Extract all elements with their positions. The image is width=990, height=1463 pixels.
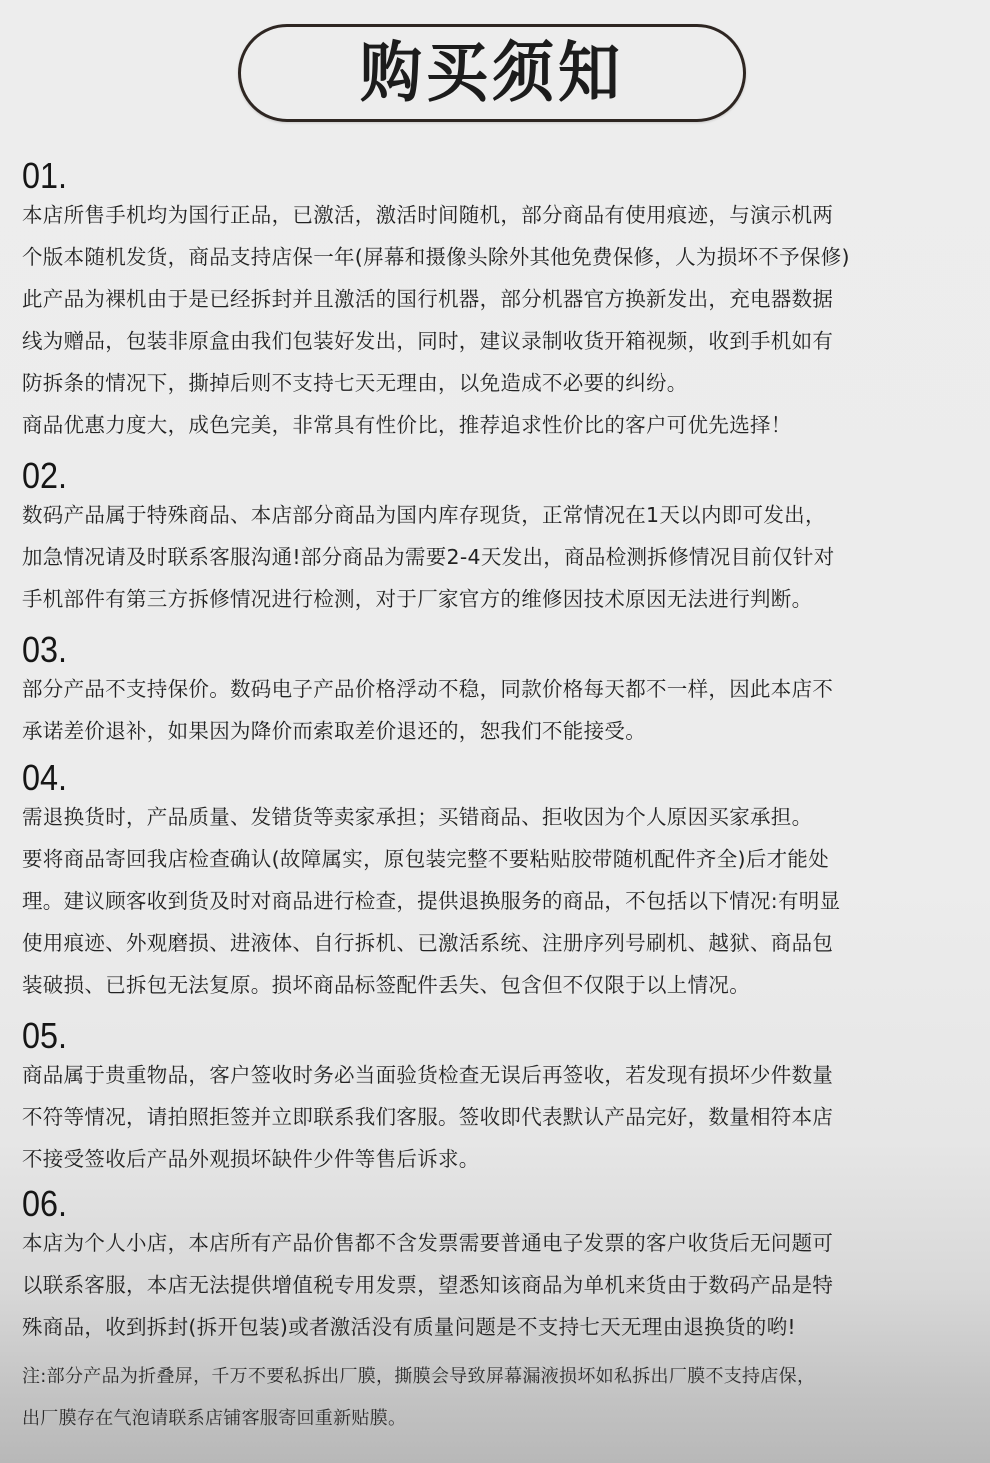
footnote: 注:部分产品为折叠屏，千万不要私拆出厂膜，撕膜会导致屏幕漏液损坏如私拆出厂膜不支… — [22, 1356, 972, 1440]
section-number: 05. — [22, 1018, 877, 1054]
section-text-line: 数码产品属于特殊商品、本店部分商品为国内库存现货，正常情况在1天以内即可发出， — [22, 494, 972, 536]
section-text-line: 要将商品寄回我店检查确认(故障属实，原包装完整不要粘贴胶带随机配件齐全)后才能处 — [22, 838, 972, 880]
section-text-line: 不符等情况，请拍照拒签并立即联系我们客服。签收即代表默认产品完好，数量相符本店 — [22, 1096, 972, 1138]
section-text-line: 部分产品不支持保价。数码电子产品价格浮动不稳，同款价格每天都不一样，因此本店不 — [22, 668, 972, 710]
notice-section-06: 06. 本店为个人小店，本店所有产品价售都不含发票需要普通电子发票的客户收货后无… — [22, 1186, 972, 1348]
footnote-line: 出厂膜存在气泡请联系店铺客服寄回重新贴膜。 — [22, 1398, 972, 1440]
section-text-line: 手机部件有第三方拆修情况进行检测，对于厂家官方的维修因技术原因无法进行判断。 — [22, 578, 972, 620]
section-text-line: 理。建议顾客收到货及时对商品进行检查，提供退换服务的商品，不包括以下情况:有明显 — [22, 880, 972, 922]
title-banner: 购买须知 — [238, 24, 746, 122]
section-text-line: 加急情况请及时联系客服沟通!部分商品为需要2-4天发出，商品检测拆修情况目前仅针… — [22, 536, 972, 578]
section-text-line: 防拆条的情况下，撕掉后则不支持七天无理由，以免造成不必要的纠纷。 — [22, 362, 972, 404]
footnote-line: 注:部分产品为折叠屏，千万不要私拆出厂膜，撕膜会导致屏幕漏液损坏如私拆出厂膜不支… — [22, 1356, 972, 1398]
section-text-line: 不接受签收后产品外观损坏缺件少件等售后诉求。 — [22, 1138, 972, 1180]
notice-section-02: 02. 数码产品属于特殊商品、本店部分商品为国内库存现货，正常情况在1天以内即可… — [22, 458, 972, 620]
section-text-line: 本店所售手机均为国行正品，已激活，激活时间随机，部分商品有使用痕迹，与演示机两 — [22, 194, 972, 236]
section-number: 02. — [22, 458, 877, 494]
section-text-line: 以联系客服，本店无法提供增值税专用发票，望悉知该商品为单机来货由于数码产品是特 — [22, 1264, 972, 1306]
section-text-line: 殊商品，收到拆封(拆开包装)或者激活没有质量问题是不支持七天无理由退换货的哟! — [22, 1306, 972, 1348]
section-number: 03. — [22, 632, 877, 668]
section-number: 06. — [22, 1186, 877, 1222]
section-text-line: 个版本随机发货，商品支持店保一年(屏幕和摄像头除外其他免费保修，人为损坏不予保修… — [22, 236, 972, 278]
notice-section-04: 04. 需退换货时，产品质量、发错货等卖家承担；买错商品、拒收因为个人原因买家承… — [22, 760, 972, 1006]
section-number: 01. — [22, 158, 877, 194]
notice-section-05: 05. 商品属于贵重物品，客户签收时务必当面验货检查无误后再签收，若发现有损坏少… — [22, 1018, 972, 1180]
section-text-line: 承诺差价退补，如果因为降价而索取差价退还的，恕我们不能接受。 — [22, 710, 972, 752]
section-text-line: 使用痕迹、外观磨损、进液体、自行拆机、已激活系统、注册序列号刷机、越狱、商品包 — [22, 922, 972, 964]
section-text-line: 需退换货时，产品质量、发错货等卖家承担；买错商品、拒收因为个人原因买家承担。 — [22, 796, 972, 838]
section-number: 04. — [22, 760, 877, 796]
section-text-line: 商品优惠力度大，成色完美，非常具有性价比，推荐追求性价比的客户可优先选择！ — [22, 404, 972, 446]
section-text-line: 线为赠品，包装非原盒由我们包装好发出，同时，建议录制收货开箱视频，收到手机如有 — [22, 320, 972, 362]
notice-section-03: 03. 部分产品不支持保价。数码电子产品价格浮动不稳，同款价格每天都不一样，因此… — [22, 632, 972, 752]
section-text-line: 此产品为裸机由于是已经拆封并且激活的国行机器，部分机器官方换新发出，充电器数据 — [22, 278, 972, 320]
section-text-line: 装破损、已拆包无法复原。损坏商品标签配件丢失、包含但不仅限于以上情况。 — [22, 964, 972, 1006]
page-title: 购买须知 — [360, 40, 624, 105]
notice-section-01: 01. 本店所售手机均为国行正品，已激活，激活时间随机，部分商品有使用痕迹，与演… — [22, 158, 972, 446]
section-text-line: 本店为个人小店，本店所有产品价售都不含发票需要普通电子发票的客户收货后无问题可 — [22, 1222, 972, 1264]
section-text-line: 商品属于贵重物品，客户签收时务必当面验货检查无误后再签收，若发现有损坏少件数量 — [22, 1054, 972, 1096]
